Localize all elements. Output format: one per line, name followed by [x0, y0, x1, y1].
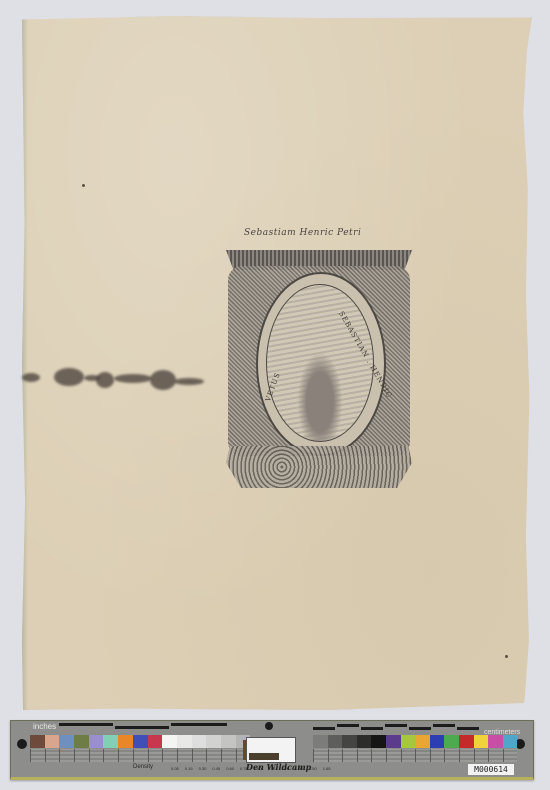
ruler-segment	[313, 727, 335, 730]
density-cell	[415, 749, 430, 762]
scanned-page: Sebastiam Henric Petri SEBASTIAN . HENRI…	[22, 16, 532, 710]
color-patch	[30, 735, 45, 748]
density-cell	[459, 749, 474, 762]
registration-dot-left	[17, 739, 27, 749]
object-id-label: M000614	[468, 764, 514, 775]
density-cells-left	[30, 749, 250, 762]
density-cell	[192, 749, 207, 762]
device-oval-scene	[266, 284, 374, 442]
color-patch	[342, 735, 357, 748]
resolution-target-dark-bar	[249, 753, 279, 760]
color-patch	[415, 735, 430, 748]
ink-stain	[114, 374, 152, 383]
ruler-segment	[337, 724, 359, 727]
color-patch	[474, 735, 489, 748]
density-cell	[221, 749, 236, 762]
ink-stain	[22, 373, 40, 382]
color-patch	[118, 735, 133, 748]
color-patch	[386, 735, 401, 748]
foxing-spot	[82, 184, 85, 187]
color-patch	[444, 735, 459, 748]
color-patch	[89, 735, 104, 748]
density-cell	[328, 749, 343, 762]
density-value: 0.60	[226, 766, 234, 771]
ruler-segment	[409, 727, 431, 730]
color-patch	[206, 735, 221, 748]
density-cells-right	[313, 749, 517, 762]
ruler-segment	[433, 724, 455, 727]
density-cell	[148, 749, 163, 762]
ink-stain	[150, 370, 176, 390]
density-cell	[401, 749, 416, 762]
density-value: 0.15	[185, 766, 193, 771]
color-patches-right	[313, 735, 517, 748]
page-left-edge-discoloration	[22, 16, 28, 710]
density-cell	[177, 749, 192, 762]
color-patch	[45, 735, 60, 748]
ruler-segment	[361, 727, 383, 730]
density-cell	[474, 749, 489, 762]
resolution-target	[246, 737, 296, 763]
density-cell	[313, 749, 328, 762]
ink-stain	[96, 372, 114, 388]
ruler-segment	[115, 726, 169, 729]
density-cell	[371, 749, 386, 762]
color-patch	[371, 735, 386, 748]
color-patch	[503, 735, 518, 748]
color-patch	[177, 735, 192, 748]
color-patch	[459, 735, 474, 748]
color-patch	[488, 735, 503, 748]
density-cell	[118, 749, 133, 762]
density-cell	[59, 749, 74, 762]
registration-dot-center	[265, 722, 273, 730]
color-patch	[103, 735, 118, 748]
color-patch	[148, 735, 163, 748]
density-cell	[503, 749, 518, 762]
calibration-brand: Den Wildcamp	[246, 762, 311, 772]
foxing-spot	[505, 655, 508, 658]
color-patch	[59, 735, 74, 748]
density-value: 0.05	[171, 766, 179, 771]
color-patch	[74, 735, 89, 748]
density-cell	[206, 749, 221, 762]
color-patch	[401, 735, 416, 748]
density-cell	[386, 749, 401, 762]
density-cell	[444, 749, 459, 762]
color-patch	[133, 735, 148, 748]
density-label: Density	[133, 764, 153, 770]
density-cell	[74, 749, 89, 762]
color-patch	[162, 735, 177, 748]
color-patch	[328, 735, 343, 748]
ruler-segment	[385, 724, 407, 727]
density-cell	[45, 749, 60, 762]
ruler-segment	[457, 727, 479, 730]
density-value: 0.30	[199, 766, 207, 771]
color-patch	[357, 735, 372, 748]
handwritten-signature: Sebastiam Henric Petri	[244, 228, 361, 238]
density-cell	[89, 749, 104, 762]
density-cell	[162, 749, 177, 762]
density-value: 0.45	[212, 766, 220, 771]
density-value: 1.65	[323, 766, 331, 771]
density-cell	[342, 749, 357, 762]
density-cell	[103, 749, 118, 762]
density-cell	[488, 749, 503, 762]
color-patch	[192, 735, 207, 748]
color-patch	[221, 735, 236, 748]
ink-stain	[54, 368, 84, 386]
density-cell	[430, 749, 445, 762]
density-cell	[30, 749, 45, 762]
density-cell	[357, 749, 372, 762]
color-patch	[430, 735, 445, 748]
device-scrollwork	[226, 446, 412, 488]
printers-device-woodcut: SEBASTIAN . HENRIC VETUS	[226, 250, 412, 488]
density-cell	[133, 749, 148, 762]
color-patch	[313, 735, 328, 748]
ink-stain	[174, 378, 204, 385]
color-patches-left	[30, 735, 250, 748]
ruler-segment	[59, 723, 113, 726]
ruler-segment	[171, 723, 227, 726]
units-inches-label: inches	[33, 722, 56, 731]
